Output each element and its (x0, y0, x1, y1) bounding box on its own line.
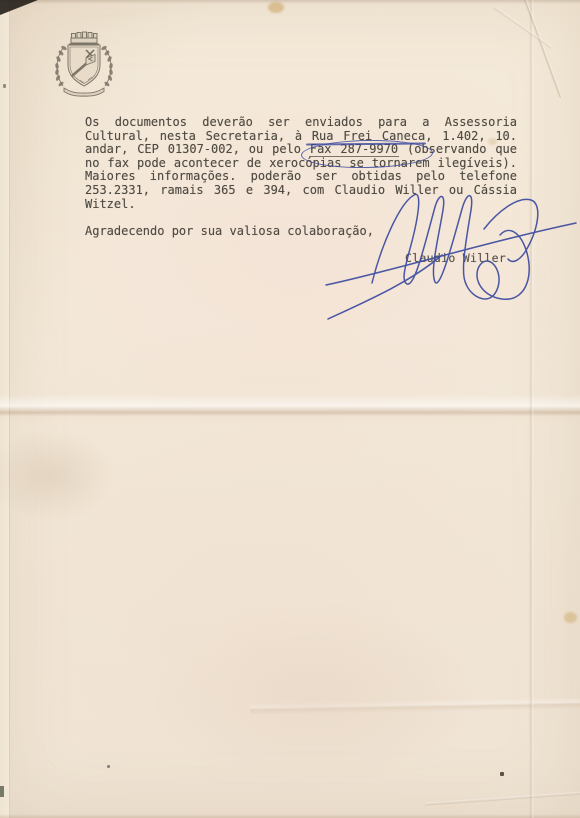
bottom-wrinkle (425, 791, 580, 805)
municipal-coat-of-arms-icon (52, 28, 116, 98)
paper-speck (107, 765, 110, 768)
scanned-letter-page: Os documentos deverão ser enviados para … (0, 0, 580, 818)
scanner-corner-shadow (0, 0, 38, 15)
body-line: Os documentos deverão ser enviados para … (85, 116, 517, 130)
scan-top-shadow (0, 0, 580, 4)
vertical-crease (529, 0, 534, 818)
paper-edge-mark (0, 786, 4, 797)
corner-wrinkle (521, 0, 562, 98)
body-line: Maiores informações. poderão ser obtidas… (85, 170, 517, 184)
paper-stain (564, 612, 577, 623)
corner-wrinkle (493, 6, 552, 49)
handwritten-signature-icon (322, 183, 580, 328)
horizontal-fold-crease (0, 394, 580, 424)
paper-shading (150, 600, 480, 790)
paper-speck (3, 84, 6, 88)
paper-stain (268, 2, 284, 13)
paper-speck (500, 772, 504, 776)
body-line: no fax pode acontecer de xerocópias se t… (85, 157, 517, 171)
scan-bottom-shadow (0, 814, 580, 818)
paper-shading (0, 428, 116, 523)
body-line: Cultural, nesta Secretaria, à Rua Frei C… (85, 130, 517, 144)
